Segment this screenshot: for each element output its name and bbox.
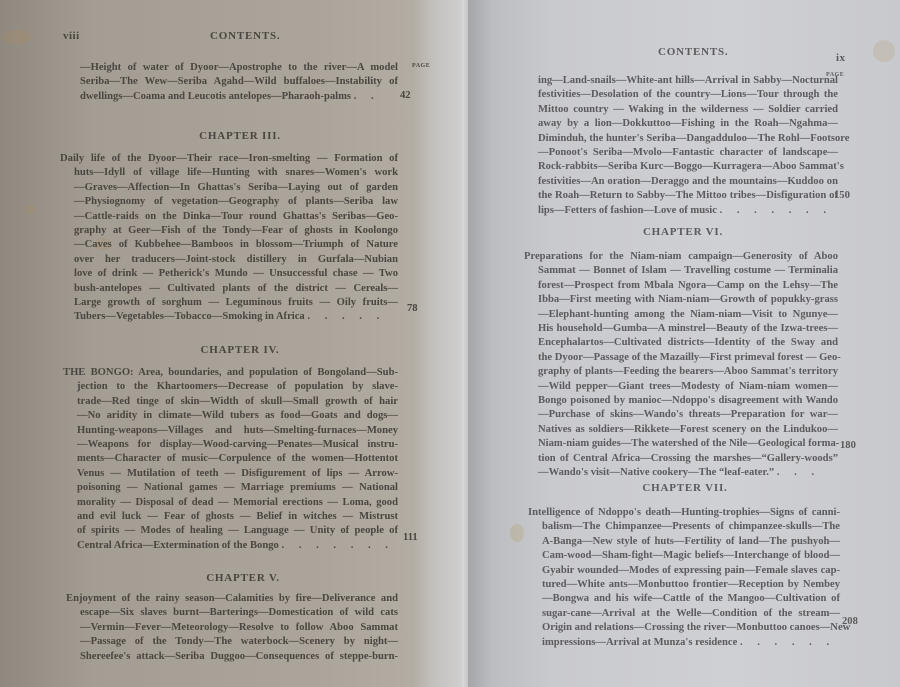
entry-line: huts—Idyll of village life—Hunting with …: [60, 166, 398, 180]
entry-line: —Vermin—Fever—Meteorology—Resolve to fol…: [66, 621, 398, 635]
toc-entry-chapter-7: Intelligence of Ndoppo's death—Hunting-t…: [528, 506, 840, 650]
entry-line: Hunting-weapons—Villages and huts—Smelti…: [63, 424, 398, 438]
folio-left: viii: [63, 30, 80, 42]
entry-line: the Dyoor—Passage of the Mazailly—First …: [524, 351, 838, 365]
entry-line: —Physiognomy of vegetation—Geography of …: [60, 195, 398, 209]
running-head-left: CONTENTS.: [210, 30, 280, 42]
right-page: CONTENTS. ix PAGE ing—Land-snails—White-…: [468, 0, 900, 687]
chapter-heading: CHAPTER VI.: [608, 226, 758, 238]
page-number: 78: [407, 303, 418, 314]
entry-line: —Height of water of Dyoor—Apostrophe to …: [80, 61, 398, 75]
entry-line: over her traducers—Joint-stock distiller…: [60, 253, 398, 267]
entry-line: —No aridity in climate—Wild tubers as fo…: [63, 409, 398, 423]
page-number: 42: [400, 90, 411, 101]
entry-line: Rock-rabbits—Seriba Kurc—Boggo—Kurragera…: [538, 160, 838, 174]
entry-line: —Wild pepper—Giant trees—Modesty of Niam…: [524, 380, 838, 394]
entry-line: —Purchase of skins—Wando's threats—Prepa…: [524, 408, 838, 422]
entry-line: Daily life of the Dyoor—Their race—Iron-…: [60, 152, 398, 166]
folio-right: ix: [836, 52, 846, 64]
page-number: 111: [403, 532, 418, 543]
entry-line: graphy of plants—Feeding the bearers—Abo…: [524, 365, 838, 379]
entry-line: Niam-niam guides—The watershed of the Ni…: [524, 437, 838, 451]
entry-line: Bongo poisoned by manioc—Ndoppo's disagr…: [524, 394, 838, 408]
entry-line: morality — Disposal of dead — Memorial e…: [63, 496, 398, 510]
chapter-heading: CHAPTER VII.: [610, 482, 760, 494]
entry-line: and evil luck — Fear of ghosts — Belief …: [63, 510, 398, 524]
entry-line: Ibba—First meeting with Niam-niam—Growth…: [524, 293, 838, 307]
entry-line: dwellings—Coama and Leucotis antelopes—P…: [80, 90, 398, 104]
entry-line: Venus — Mutilation of teeth — Disfigurem…: [63, 467, 398, 481]
entry-line: —Passage of the Tondy—The waterbock—Scen…: [66, 635, 398, 649]
page-stain: [510, 524, 524, 542]
entry-line: Sammat — Bonnet of Islam — Travelling co…: [524, 264, 838, 278]
entry-line: away by a lion—Dokkuttoo—Fishing in the …: [538, 117, 838, 131]
entry-line: —Graves—Affection—In Ghattas's Seriba—La…: [60, 181, 398, 195]
entry-line: Large growth of sorghum — Leguminous fru…: [60, 296, 398, 310]
entry-line: Encephalartos—Cultivated districts—Ident…: [524, 336, 838, 350]
page-number: 150: [834, 190, 850, 201]
entry-line: balism—The Chimpanzee—Presents of chimpa…: [528, 520, 840, 534]
entry-line: tion of Central Africa—Crossing the mars…: [524, 452, 838, 466]
entry-line: Shereefee's attack—Seriba Duggoo—Consequ…: [66, 650, 398, 664]
entry-line: Enjoyment of the rainy season—Calamities…: [66, 592, 398, 606]
entry-line: festivities—Desolation of the country—Li…: [538, 88, 838, 102]
toc-entry-chapter-5: Enjoyment of the rainy season—Calamities…: [66, 592, 398, 664]
entry-line: love of drink — Petherick's Mundo — Unsu…: [60, 267, 398, 281]
left-page: viii CONTENTS. PAGE —Height of water of …: [0, 0, 468, 687]
page-number: 180: [840, 440, 856, 451]
entry-line: trade—Red tinge of skin—Width of skull—S…: [63, 395, 398, 409]
entry-line: Tubers—Vegetables—Tobacco—Smoking in Afr…: [60, 310, 398, 324]
dot-leader: . . . . . . .: [282, 540, 394, 551]
entry-line: Mittoo country — Waking in the wildernes…: [538, 103, 838, 117]
chapter-heading: CHAPTER IV.: [165, 344, 315, 356]
entry-line: —Cattle-raids on the Dinka—Tour round Gh…: [60, 210, 398, 224]
entry-line: Central Africa—Extermination of the Bong…: [63, 539, 398, 553]
entry-line: graphy at Geer—Fish of the Tondy—Fear of…: [60, 224, 398, 238]
dot-leader: . . . . . . .: [720, 205, 832, 216]
entry-line: His household—Gumba—A minstrel—Beauty of…: [524, 322, 838, 336]
entry-line: —Elephant-hunting among the Niam-niam—Vi…: [524, 308, 838, 322]
entry-line: festivities—An oration—Deraggo and the m…: [538, 175, 838, 189]
entry-line: Diminduh, the hunter's Seriba—Dangaddulo…: [538, 132, 838, 146]
entry-line: —Ponoot's Seriba—Mvolo—Fantastic charact…: [538, 146, 838, 160]
entry-line: —Caves of Kubbehee—Bamboos in blossom—Tr…: [60, 238, 398, 252]
entry-line: Gyabir wounded—Modes of expressing pain—…: [528, 564, 840, 578]
toc-entry-chapter-6: Preparations for the Niam-niam campaign—…: [524, 250, 838, 481]
entry-line: forest—Prospect from Mbala Ngora—Camp on…: [524, 279, 838, 293]
page-column-label: PAGE: [412, 63, 430, 69]
running-head-right: CONTENTS.: [658, 46, 728, 58]
entry-line: Cam-wood—Sham-fight—Magic beliefs—Interc…: [528, 549, 840, 563]
entry-line: bush-antelopes — Cultivated plants of th…: [60, 282, 398, 296]
page-number: 208: [842, 616, 858, 627]
entry-line: of spirits — Modes of healing — Language…: [63, 524, 398, 538]
dot-leader: . .: [354, 91, 380, 102]
toc-entry-continuation: ing—Land-snails—White-ant hills—Arrival …: [538, 74, 838, 218]
toc-entry-chapter-3: Daily life of the Dyoor—Their race—Iron-…: [60, 152, 398, 325]
entry-line: jection to the Khartoomers—Decrease of p…: [63, 380, 398, 394]
entry-line: Seriba—The Wew—Seriba Agahd—Wild buffalo…: [80, 75, 398, 89]
entry-line: the Roah—Return to Sabby—The Mittoo trib…: [538, 189, 838, 203]
entry-line: Natives as soldiers—Rikkete—Forest scene…: [524, 423, 838, 437]
page-stain: [873, 40, 895, 62]
entry-line: Intelligence of Ndoppo's death—Hunting-t…: [528, 506, 840, 520]
toc-entry-continuation: —Height of water of Dyoor—Apostrophe to …: [80, 61, 398, 104]
chapter-heading: CHAPTER III.: [165, 130, 315, 142]
entry-line: —Bongwa and his wife—Cattle of the Mango…: [528, 592, 840, 606]
entry-line: sugar-cane—Arrival at the Welle—Conditio…: [528, 607, 840, 621]
entry-line: Origin and relations—Crossing the river—…: [528, 621, 840, 635]
entry-line: lips—Fetters of fashion—Love of music . …: [538, 204, 838, 218]
dot-leader: . . . . .: [307, 311, 385, 322]
entry-line: —Wando's visit—Native cookery—The “leaf-…: [524, 466, 838, 480]
entry-line: escape—Six slaves burnt—Barterings—Domes…: [66, 606, 398, 620]
entry-line: A-Banga—New style of huts—Fertility of l…: [528, 535, 840, 549]
toc-entry-chapter-4: THE BONGO: Area, boundaries, and populat…: [63, 366, 398, 553]
entry-line: tured—White ants—Monbuttoo frontier—Rece…: [528, 578, 840, 592]
page-stain: [2, 30, 32, 44]
chapter-heading: CHAPTER V.: [168, 572, 318, 584]
entry-line: —Weapons for display—Wood-carving—Penate…: [63, 438, 398, 452]
entry-line: impressions—Arrival at Munza's residence…: [528, 636, 840, 650]
dot-leader: . . .: [777, 467, 820, 478]
entry-line: poisoning — National games — Marriage pr…: [63, 481, 398, 495]
dot-leader: . . . . . .: [740, 637, 835, 648]
entry-line: THE BONGO: Area, boundaries, and populat…: [63, 366, 398, 380]
entry-line: ing—Land-snails—White-ant hills—Arrival …: [538, 74, 838, 88]
page-stain: [24, 205, 36, 215]
entry-line: ments—Character of music—Corpulence of t…: [63, 452, 398, 466]
entry-line: Preparations for the Niam-niam campaign—…: [524, 250, 838, 264]
